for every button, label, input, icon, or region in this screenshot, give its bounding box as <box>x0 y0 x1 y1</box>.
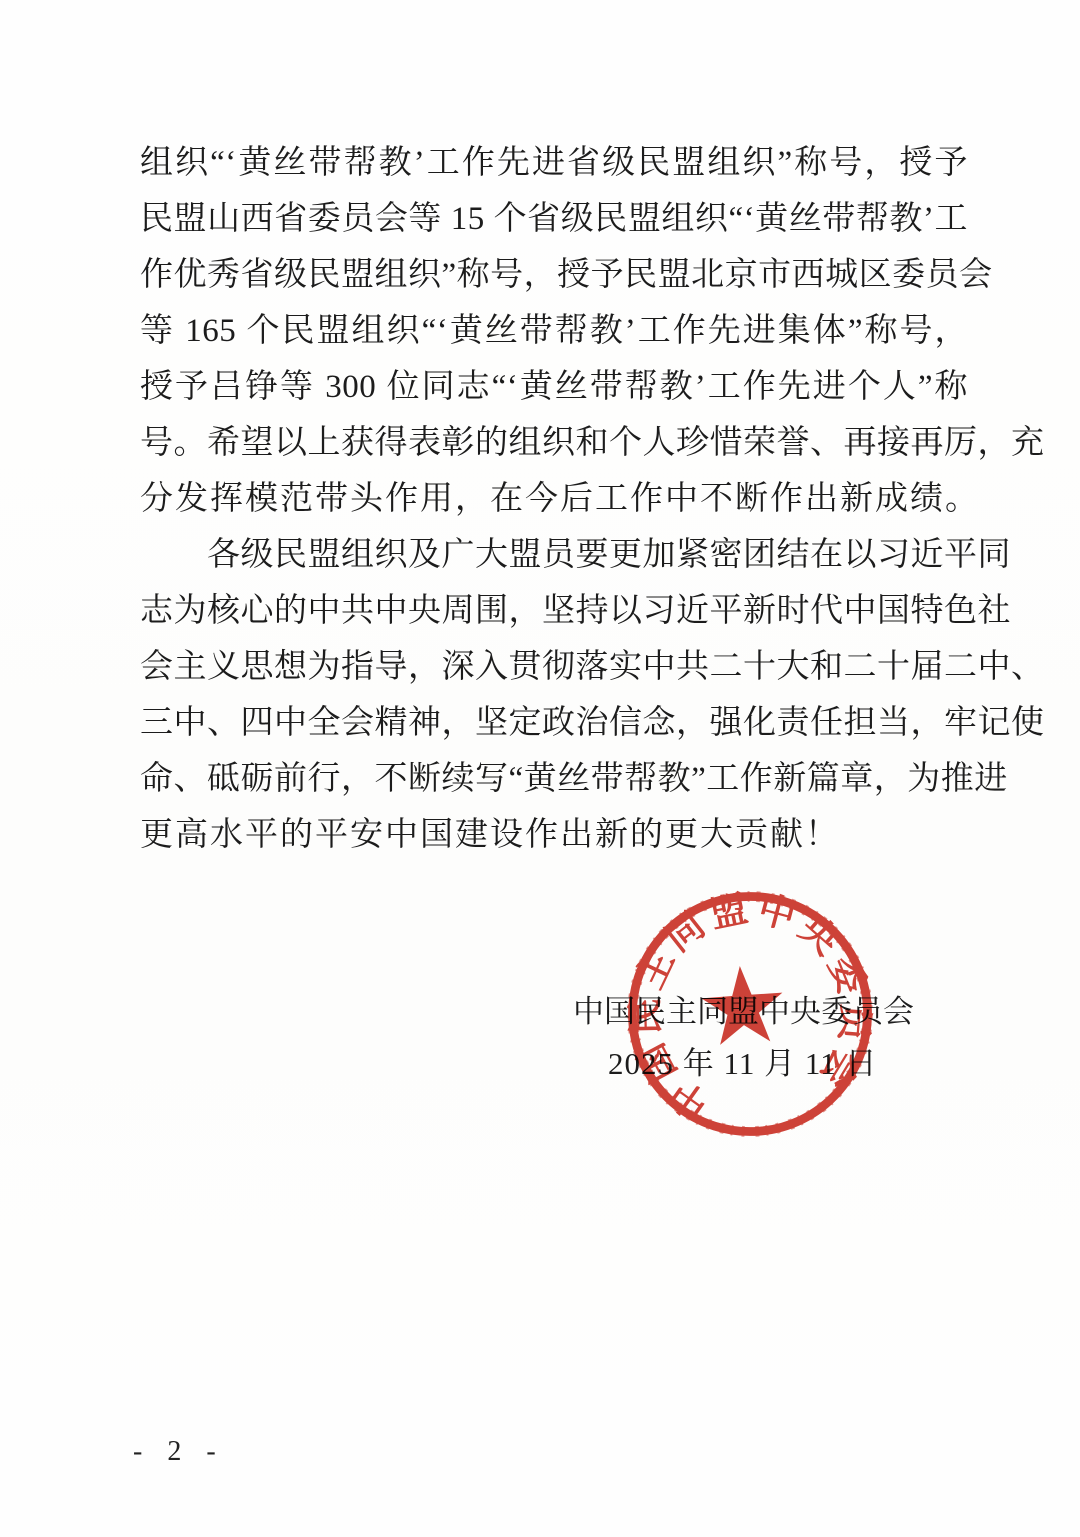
text-line: 组织“‘黄丝带帮教’工作先进省级民盟组织”称号，授予 <box>140 135 968 191</box>
text-line: 志为核心的中共中央周围，坚持以习近平新时代中国特色社 <box>140 583 968 639</box>
document-page: 组织“‘黄丝带帮教’工作先进省级民盟组织”称号，授予 民盟山西省委员会等 15 … <box>0 0 1080 1537</box>
text-line: 号。希望以上获得表彰的组织和个人珍惜荣誉、再接再厉，充 <box>140 415 968 471</box>
text-line: 更高水平的平安中国建设作出新的更大贡献！ <box>140 807 968 863</box>
text-line: 分发挥模范带头作用，在今后工作中不断作出新成绩。 <box>140 471 968 527</box>
star-icon <box>699 963 785 1046</box>
text-line: 三中、四中全会精神，坚定政治信念，强化责任担当，牢记使 <box>140 695 968 751</box>
text-line: 作优秀省级民盟组织”称号，授予民盟北京市西城区委员会 <box>140 247 968 303</box>
text-line: 会主义思想为指导，深入贯彻落实中共二十大和二十届二中、 <box>140 639 968 695</box>
page-number: - 2 - <box>133 1436 225 1468</box>
text-line: 命、砥砺前行，不断续写“黄丝带帮教”工作新篇章，为推进 <box>140 751 968 807</box>
text-line: 各级民盟组织及广大盟员要更加紧密团结在以习近平同 <box>140 527 968 583</box>
text-line: 授予吕铮等 300 位同志“‘黄丝带帮教’工作先进个人”称 <box>140 359 968 415</box>
official-seal-stamp: 中国民主同盟中央委员会 <box>614 878 886 1150</box>
document-body: 组织“‘黄丝带帮教’工作先进省级民盟组织”称号，授予 民盟山西省委员会等 15 … <box>140 135 968 863</box>
text-line: 等 165 个民盟组织“‘黄丝带帮教’工作先进集体”称号， <box>140 303 968 359</box>
text-line: 民盟山西省委员会等 15 个省级民盟组织“‘黄丝带帮教’工 <box>140 191 968 247</box>
